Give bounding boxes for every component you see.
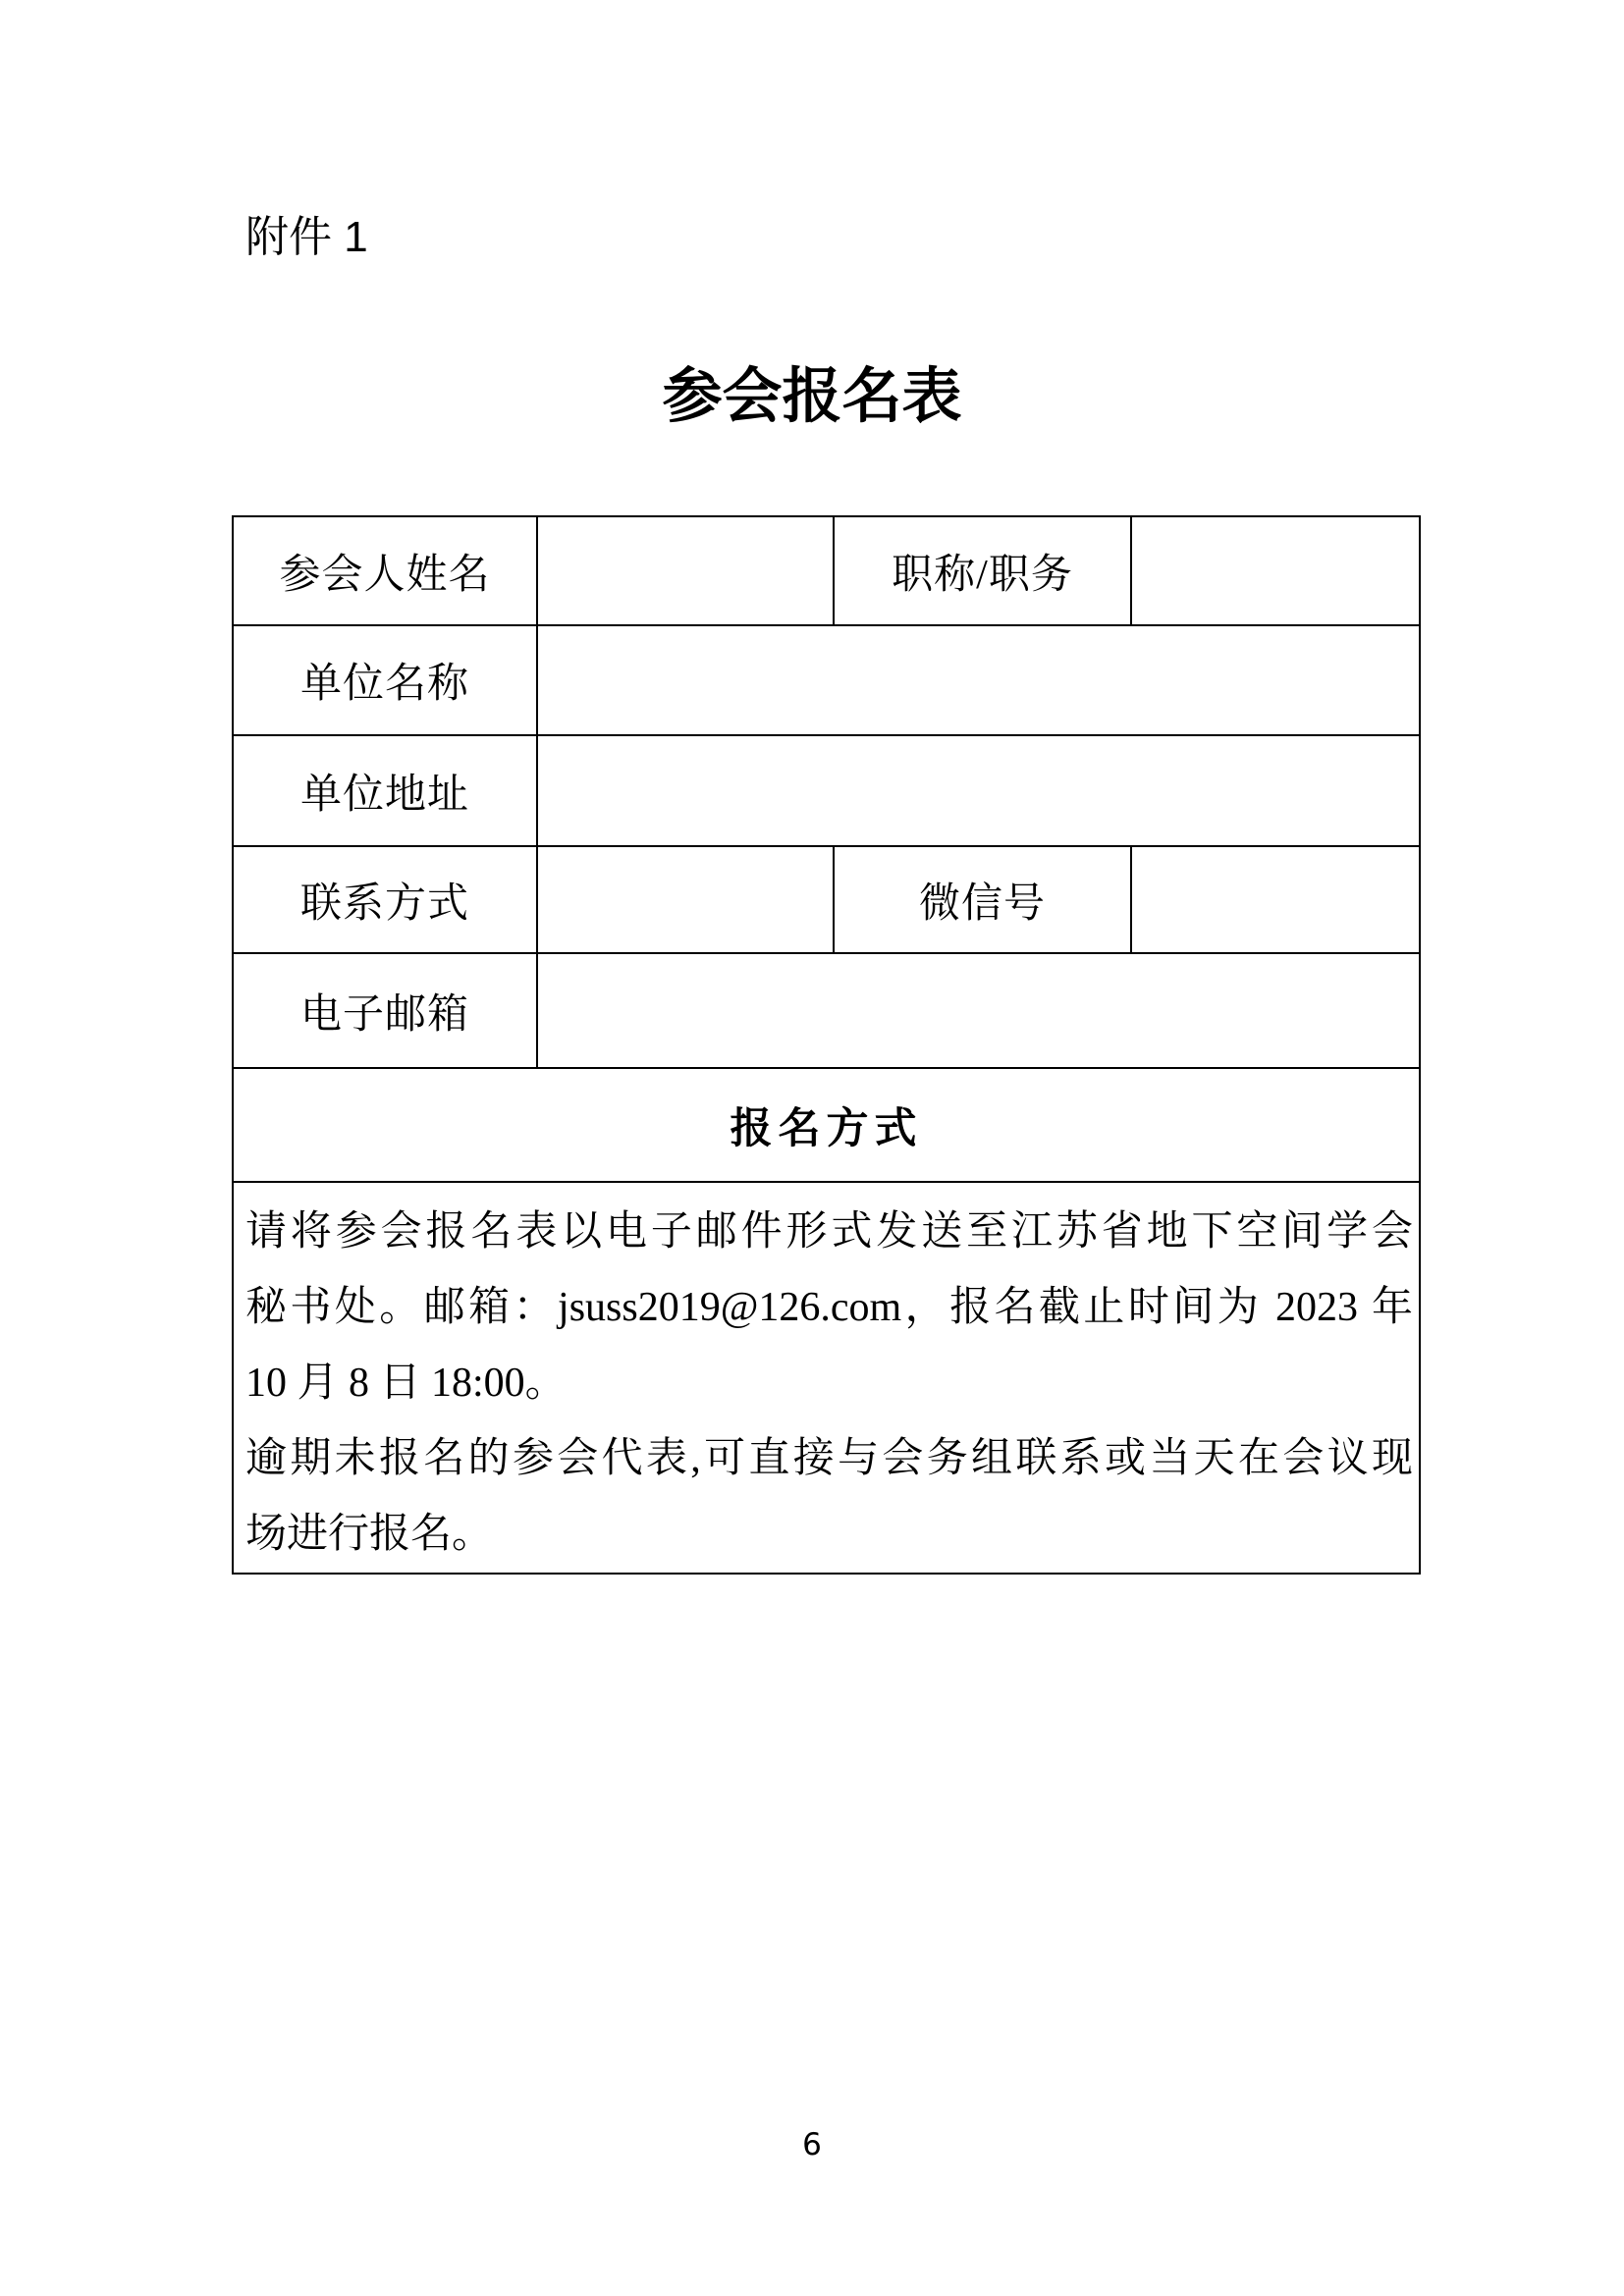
table-row: 单位地址 — [233, 735, 1420, 846]
table-row: 报名方式 — [233, 1068, 1420, 1182]
wechat-label: 微信号 — [834, 846, 1131, 953]
instruction-line: 逾期未报名的参会代表,可直接与会务组联系或当天在会议现 — [245, 1421, 1413, 1497]
instruction-line: 秘书处。邮箱：jsuss2019@126.com，报名截止时间为 2023 年 — [245, 1270, 1413, 1346]
registration-method-header: 报名方式 — [233, 1068, 1420, 1182]
attachment-label: 附件 1 — [245, 212, 368, 263]
instruction-line: 场进行报名。 — [245, 1497, 1413, 1573]
page-title: 参会报名表 — [0, 361, 1624, 430]
attendee-name-input-cell — [537, 516, 834, 625]
registration-instructions: 请将参会报名表以电子邮件形式发送至江苏省地下空间学会 秘书处。邮箱：jsuss2… — [233, 1182, 1420, 1574]
table-row: 请将参会报名表以电子邮件形式发送至江苏省地下空间学会 秘书处。邮箱：jsuss2… — [233, 1182, 1420, 1574]
instruction-line: 请将参会报名表以电子邮件形式发送至江苏省地下空间学会 — [245, 1195, 1413, 1270]
page-number: 6 — [0, 2128, 1624, 2162]
wechat-input-cell — [1131, 846, 1420, 953]
org-address-label: 单位地址 — [233, 735, 537, 846]
org-address-input-cell — [537, 735, 1420, 846]
table-row: 单位名称 — [233, 625, 1420, 735]
attendee-name-label: 参会人姓名 — [233, 516, 537, 625]
email-input-cell — [537, 953, 1420, 1068]
contact-input-cell — [537, 846, 834, 953]
contact-label: 联系方式 — [233, 846, 537, 953]
org-name-label: 单位名称 — [233, 625, 537, 735]
email-label: 电子邮箱 — [233, 953, 537, 1068]
table-row: 参会人姓名 职称/职务 — [233, 516, 1420, 625]
title-position-label: 职称/职务 — [834, 516, 1131, 625]
registration-table: 参会人姓名 职称/职务 单位名称 单位地址 联系方式 微信号 电子邮箱 报名方式 — [232, 515, 1421, 1575]
instruction-line: 10 月 8 日 18:00。 — [245, 1346, 1413, 1421]
table-row: 电子邮箱 — [233, 953, 1420, 1068]
org-name-input-cell — [537, 625, 1420, 735]
table-row: 联系方式 微信号 — [233, 846, 1420, 953]
title-position-input-cell — [1131, 516, 1420, 625]
